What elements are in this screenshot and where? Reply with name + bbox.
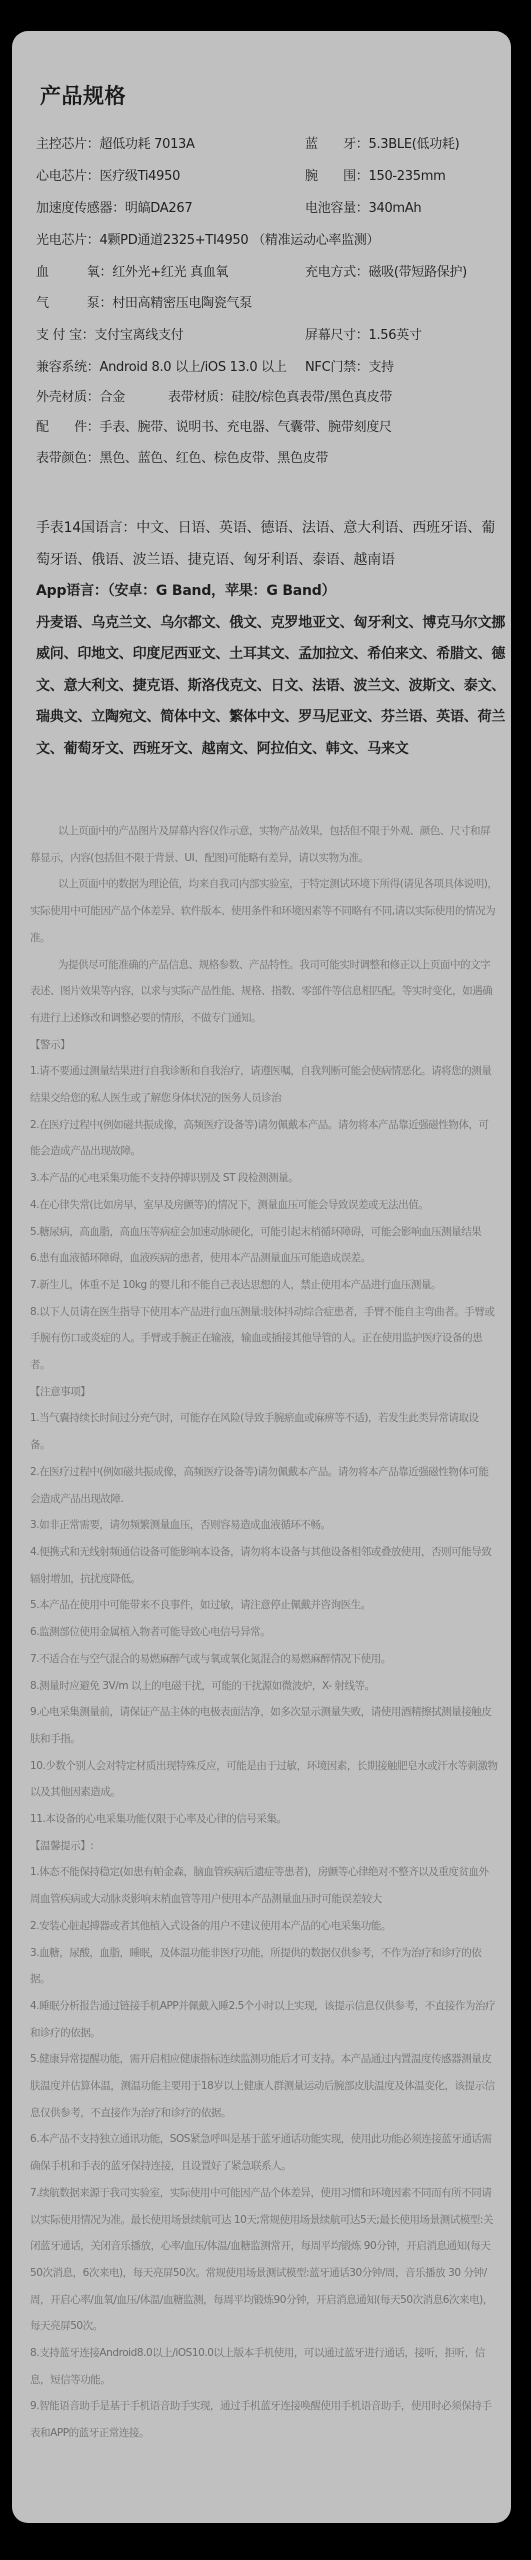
language-section: 手表14国语言：中文、日语、英语、德语、法语、意大利语、西班牙语、葡萄牙语、俄语… (36, 513, 506, 765)
tip-item: 8.支持蓝牙连接Android8.0以上/iOS10.0以上版本手机使用，可以通… (30, 2340, 498, 2393)
spec-spo2: 血 氧：红外光+红光 真血氧 (36, 261, 228, 280)
tip-item: 6.本产品不支持独立通讯功能，SOS紧急呼叫是基于蓝牙通话功能实现，使用此功能必… (30, 2126, 498, 2179)
spec-bluetooth: 蓝 牙：5.3BLE(低功耗) (305, 133, 459, 152)
warning-item: 3.本产品的心电采集功能不支持停搏识别及 ST 段检测测量。 (30, 1165, 498, 1192)
tip-item: 7.续航数据来源于我司实验室，实际使用中可能因产品个体差异，使用习惯和环境因素不… (30, 2180, 498, 2340)
warning-item: 5.糖尿病，高血脂，高血压等病症会加速动脉硬化，可能引起末梢循环障碍，可能会影响… (30, 1219, 498, 1246)
warning-heading: 【警示】 (30, 1032, 498, 1059)
warning-item: 8.以下人员请在医生指导下使用本产品进行血压测量:肢体抖动综合症患者，手臂不能自… (30, 1299, 498, 1379)
disclaimer-3: 为提供尽可能准确的产品信息、规格参数、产品特性。我司可能实时调整和修正以上页面中… (30, 952, 498, 1032)
spec-screen: 屏幕尺寸：1.56英寸 (305, 324, 422, 343)
warning-item: 4.在心律失常(比如房早，室早及房颤等)的情况下，测量血压可能会导致误差或无法出… (30, 1192, 498, 1219)
disclaimer-2: 以上页面中的数据为理论值，均来自我司内部实验室，于特定测试环境下所得(请见各项具… (30, 871, 498, 951)
page-title: 产品规格 (40, 80, 126, 110)
notes-section: 以上页面中的产品图片及屏幕内容仅作示意，实物产品效果，包括但不限于外观、颜色、尺… (30, 818, 498, 2447)
spec-battery: 电池容量：340mAh (305, 197, 421, 216)
disclaimer-1: 以上页面中的产品图片及屏幕内容仅作示意，实物产品效果，包括但不限于外观、颜色、尺… (30, 818, 498, 871)
tip-item: 5.健康异常提醒功能，需开启相应健康指标连续监测功能后才可支持。本产品通过内置温… (30, 2046, 498, 2126)
tip-item: 9.智能语音助手是基于手机语音助手实现，通过手机蓝牙连接唤醒使用手机语音助手，使… (30, 2393, 498, 2446)
precaution-item: 1.当气囊持续长时间过分充气时，可能存在风险(导致手腕瘀血或麻痹等不适)，若发生… (30, 1405, 498, 1458)
app-language-label: App语言：（安卓：G Band，苹果：G Band） (36, 576, 506, 608)
precaution-item: 9.心电采集测量前，请保证产品主体的电极表面洁净，如多次显示测量失败，请使用酒精… (30, 1699, 498, 1752)
spec-accessories: 配 件：手表、腕带、说明书、充电器、气囊带、腕带刻度尺 (36, 416, 392, 435)
precaution-item: 5.本产品在使用中可能带来不良事件，如过敏，请注意停止佩戴并咨询医生。 (30, 1592, 498, 1619)
spec-pump: 气 泵：村田高精密压电陶瓷气泵 (36, 292, 252, 311)
spec-accelerometer: 加速度传感器：明皜DA267 (36, 197, 192, 216)
spec-ppg-chip: 光电芯片：4颗PD通道2325+TI4950 （精准运动心率监测） (36, 229, 379, 248)
warning-item: 1.请不要通过测量结果进行自我诊断和自我治疗，请遵医嘱，自我判断可能会使病情恶化… (30, 1058, 498, 1111)
precaution-item: 8.测量时应避免 3V/m 以上的电磁干扰，可能的干扰源如微波炉，X- 射线等。 (30, 1673, 498, 1700)
app-language-list: 丹麦语、乌克兰文、乌尔都文、俄文、克罗地亚文、匈牙利文、博克马尔文挪威问、印地文… (36, 608, 506, 766)
precaution-item: 7.不适合在与空气混合的易燃麻醉气或与氧或氧化氮混合的易燃麻醉情况下使用。 (30, 1646, 498, 1673)
warning-item: 6.患有血液循环障碍，血液疾病的患者，使用本产品测量血压可能造成误差。 (30, 1245, 498, 1272)
precaution-item: 10.少数个别人会对特定材质出现特殊反应，可能是由于过敏，环境因素，长期接触肥皂… (30, 1753, 498, 1806)
spec-main-chip: 主控芯片：超低功耗 7013A (36, 133, 195, 152)
warning-item: 2.在医疗过程中(例如磁共振成像，高频医疗设备等)请勿佩戴本产品。请勿将本产品靠… (30, 1112, 498, 1165)
spec-charging: 充电方式：磁吸(带短路保护) (305, 261, 467, 280)
precaution-item: 6.监测部位使用金属植入物者可能导致心电信号异常。 (30, 1619, 498, 1646)
precaution-item: 3.如非正常需要，请勿频繁测量血压，否则容易造成血液循环不畅。 (30, 1512, 498, 1539)
spec-shell: 外壳材质：合金 (36, 386, 125, 405)
warning-item: 7.新生儿，体重不足 10kg 的婴儿和不能自己表达思想的人，禁止使用本产品进行… (30, 1272, 498, 1299)
spec-alipay: 支 付 宝：支付宝离线支付 (36, 324, 183, 343)
precaution-item: 11.本设备的心电采集功能仅限于心率及心律的信号采集。 (30, 1806, 498, 1833)
spec-strap-material: 表带材质：硅胶/棕色真表带/黑色真皮带 (168, 386, 392, 405)
spec-ecg-chip: 心电芯片：医疗级Ti4950 (36, 165, 180, 184)
precaution-item: 2.在医疗过程中(例如磁共振成像，高频医疗设备等)请勿佩戴本产品。请勿将本产品靠… (30, 1459, 498, 1512)
precautions-heading: 【注意事项】 (30, 1379, 498, 1406)
watch-languages: 手表14国语言：中文、日语、英语、德语、法语、意大利语、西班牙语、葡萄牙语、俄语… (36, 513, 506, 576)
tip-item: 3.血糖，尿酸，血脂，睡眠，及体温功能非医疗功能，所提供的数据仅供参考，不作为治… (30, 1940, 498, 1993)
spec-wrist: 腕 围：150-235mm (305, 165, 445, 184)
tips-heading: 【温馨提示】: (30, 1833, 498, 1860)
precaution-item: 4.便携式和无线射频通信设备可能影响本设备，请勿将本设备与其他设备相邻或叠放使用… (30, 1539, 498, 1592)
spec-nfc: NFC门禁：支持 (305, 356, 394, 375)
spec-strap-colors: 表带颜色：黑色、蓝色、红色、棕色皮带、黑色皮带 (36, 447, 328, 466)
tip-item: 4.睡眠分析报告通过链接手机APP并佩戴入睡2.5个小时以上实现，该提示信息仅供… (30, 1993, 498, 2046)
tip-item: 2.安装心脏起搏器或者其他植入式设备的用户不建议使用本产品的心电采集功能。 (30, 1913, 498, 1940)
spec-compat: 兼容系统：Android 8.0 以上/iOS 13.0 以上 (36, 356, 287, 375)
tip-item: 1.体态不能保持稳定(如患有帕金森，脑血管疾病后遗症等患者)，房颤等心律绝对不整… (30, 1859, 498, 1912)
